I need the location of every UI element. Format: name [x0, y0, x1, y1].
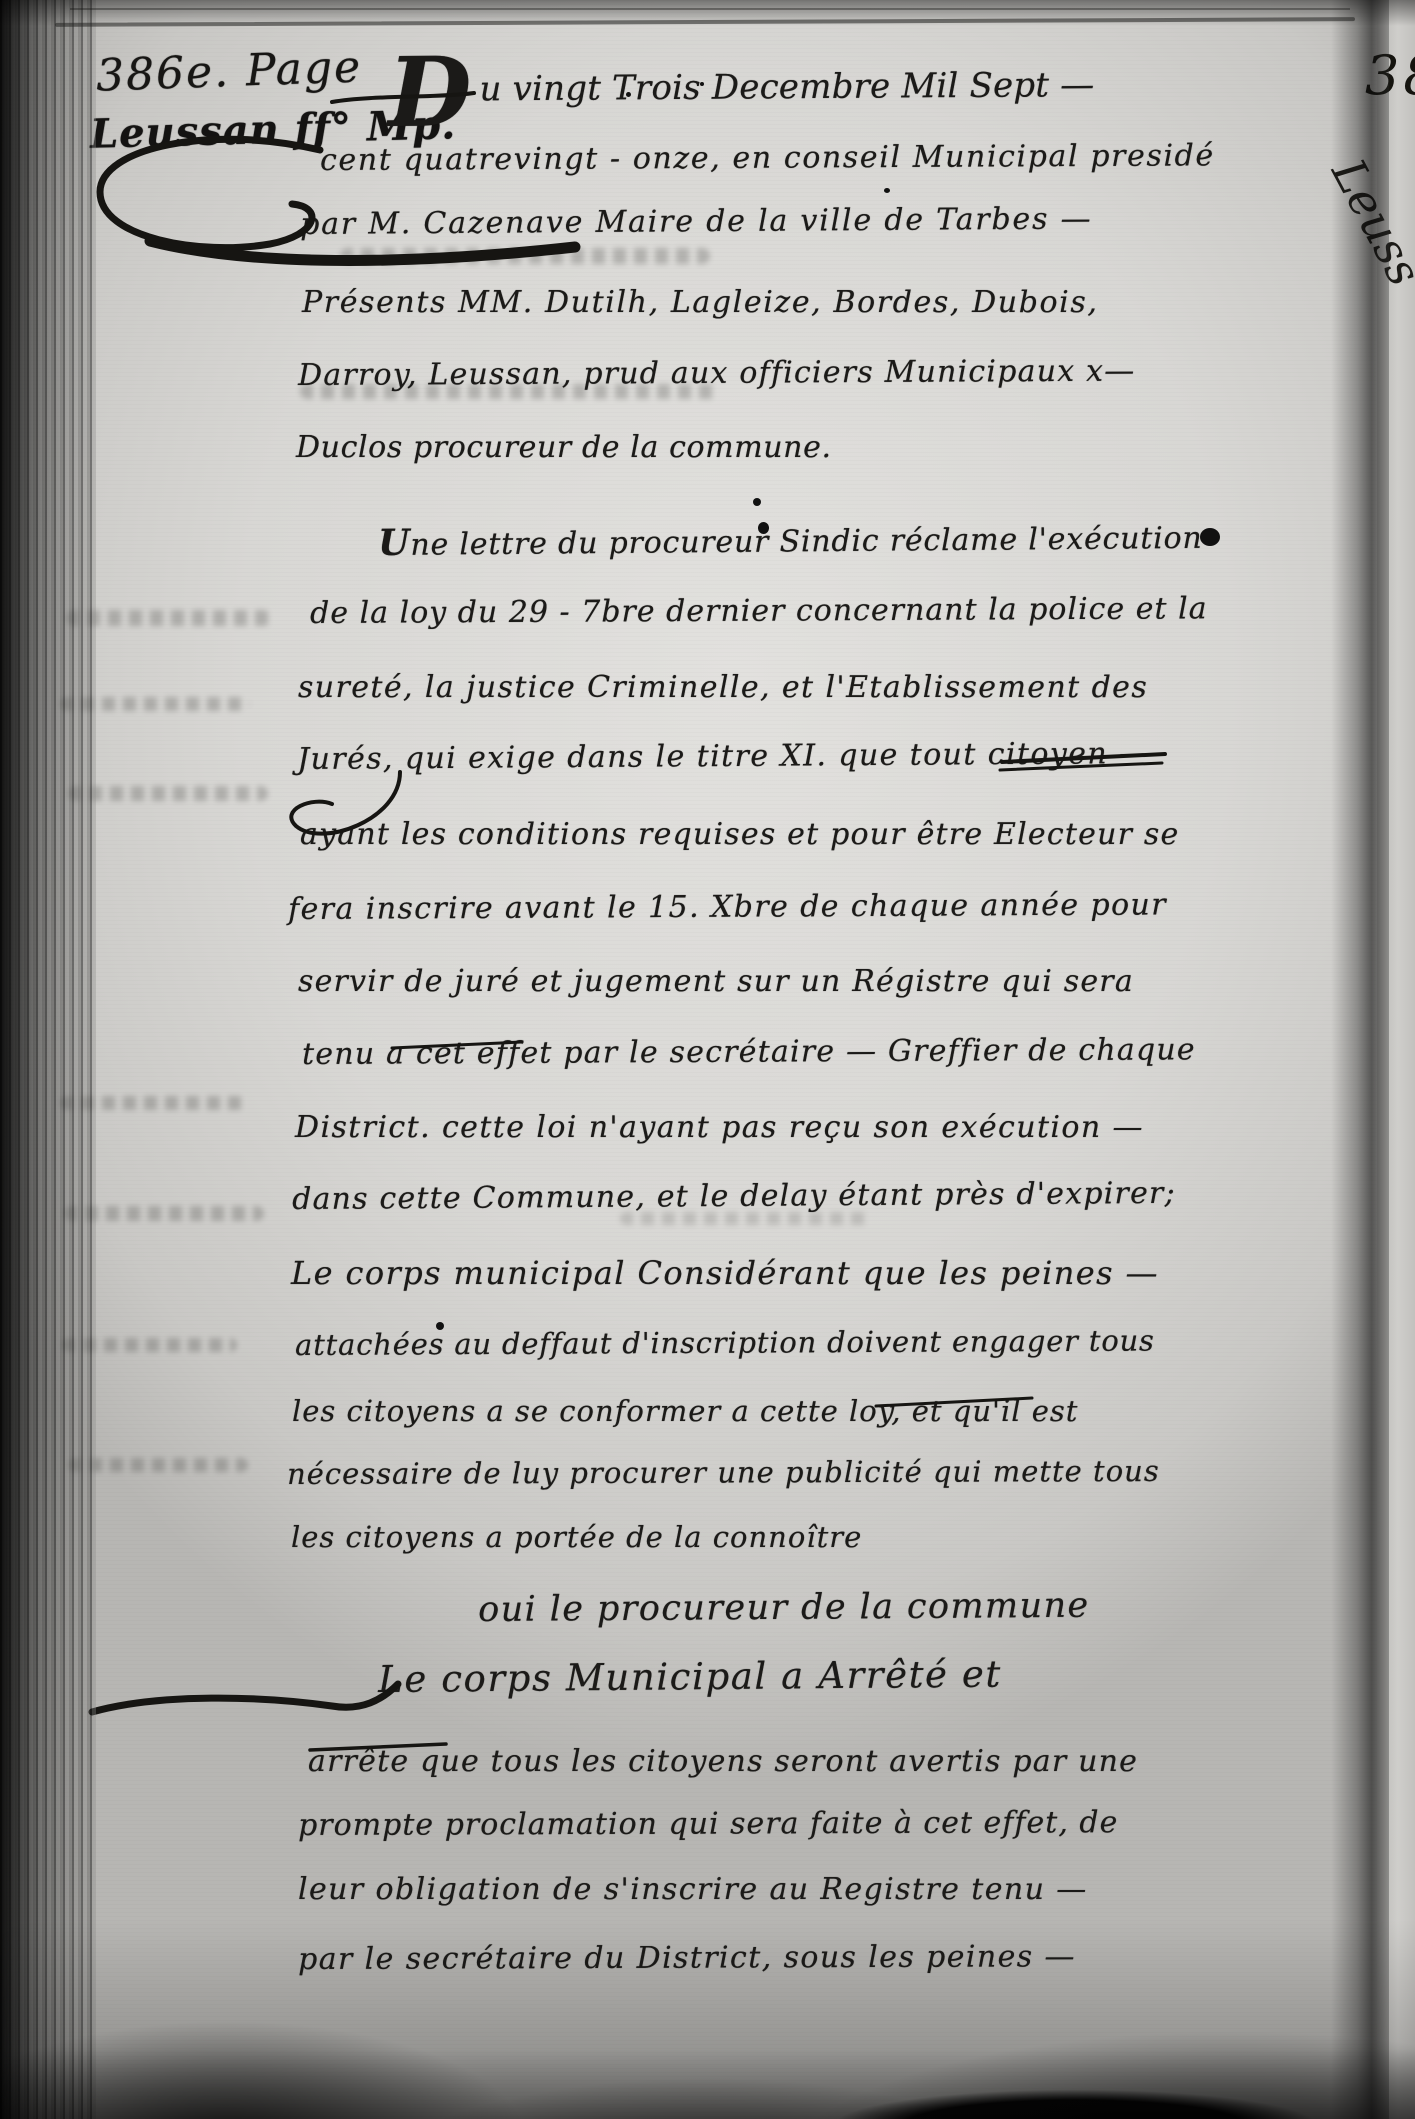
ink-blot [626, 92, 631, 97]
gutter-shadow [1331, 0, 1389, 2119]
manuscript-line: Jurés, qui exige dans le titre XI. que t… [297, 736, 1151, 777]
manuscript-line: prompte proclamation qui sera faite à ce… [298, 1805, 1118, 1843]
flourish-lecorps-swash [92, 1684, 398, 1712]
bleedthrough-smudge [68, 786, 268, 801]
manuscript-line: attachées au deffaut d'inscription doive… [295, 1323, 1155, 1362]
manuscript-line: les citoyens a portée de la connoître [291, 1520, 862, 1554]
page-number-header: 386e. Page [95, 41, 363, 101]
manuscript-line: Présents MM. Dutilh, Lagleize, Bordes, D… [302, 285, 1099, 320]
manuscript-line: cent quatrevingt - onze, en conseil Muni… [320, 138, 1215, 178]
manuscript-line: oui le procureur de la commune [478, 1586, 1090, 1630]
ink-blot [753, 498, 761, 506]
manuscript-line: Darroy, Leussan, prud aux officiers Muni… [298, 354, 1135, 393]
manuscript-line: les citoyens a se conformer a cette loy,… [292, 1394, 1078, 1428]
ink-blot [436, 1322, 444, 1330]
manuscript-line: fera inscrire avant le 15. Xbre de chaqu… [288, 887, 1167, 927]
ink-blot [700, 82, 704, 86]
manuscript-line: Duclos procureur de la commune. [296, 430, 832, 465]
ink-blot [884, 188, 890, 193]
manuscript-line: Le corps municipal Considérant que les p… [291, 1254, 1159, 1292]
ink-blot [1200, 528, 1220, 546]
manuscript-line: servir de juré et jugement sur un Régist… [298, 964, 1134, 999]
manuscript-line: par M. Cazenave Maire de la ville de Tar… [300, 201, 1092, 242]
manuscript-line: tenu a cet effet par le secrétaire — Gre… [302, 1032, 1196, 1072]
ink-blot [758, 522, 769, 534]
page-top-edge-highlight [70, 8, 1350, 10]
manuscript-line: dans cette Commune, et le delay étant pr… [292, 1176, 1176, 1217]
manuscript-line: sureté, la justice Criminelle, et l'Etab… [298, 670, 1148, 705]
manuscript-line: District. cette loi n'ayant pas reçu son… [295, 1110, 1144, 1145]
manuscript-line: Une lettre du procureur Sindic réclame l… [378, 515, 1203, 564]
manuscript-line: arrête que tous les citoyens seront aver… [308, 1744, 1138, 1779]
manuscript-line: par le secrétaire du District, sous les … [298, 1939, 1076, 1977]
manuscript-line: ayant les conditions requises et pour êt… [300, 817, 1179, 852]
bleedthrough-smudge [66, 610, 271, 626]
page-top-edge [55, 17, 1355, 27]
manuscript-line: de la loy du 29 - 7bre dernier concernan… [310, 591, 1208, 631]
manuscript-line: Du vingt Trois Decembre Mil Sept — [388, 65, 1095, 122]
manuscript-line: nécessaire de luy procurer une publicité… [287, 1454, 1160, 1491]
binding-edge [0, 0, 96, 2119]
manuscript-line: leur obligation de s'inscrire au Registr… [298, 1872, 1088, 1907]
manuscript-line: Le corps Municipal a Arrêté et [378, 1653, 1002, 1701]
bleedthrough-smudge [340, 248, 710, 264]
manuscript-page: 386e. Page Leussan ff° Mp. Du vingt Troi… [0, 0, 1415, 2119]
